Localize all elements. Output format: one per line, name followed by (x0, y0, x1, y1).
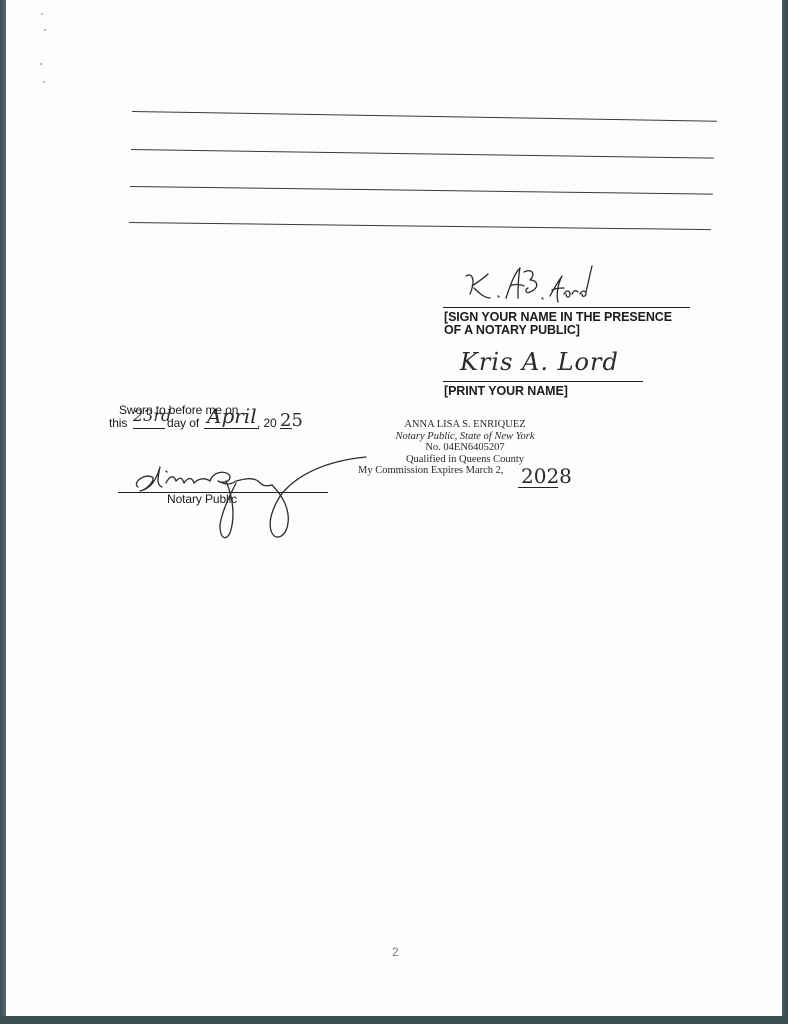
scan-edge-bottom (0, 1016, 788, 1024)
day-blank (133, 428, 165, 429)
notary-public-label: Notary Public (167, 492, 237, 506)
notary-name: ANNA LISA S. ENRIQUEZ (354, 419, 576, 431)
notary-signature (126, 455, 376, 545)
month-blank (204, 428, 259, 429)
page-number: 2 (392, 945, 399, 959)
jurat-year-prefix: , 20 (257, 416, 277, 430)
printed-name-handwritten: Kris A. Lord (460, 348, 619, 376)
scan-speck (43, 81, 45, 83)
scan-speck (40, 63, 42, 65)
scan-speck (41, 13, 43, 15)
blank-answer-line (132, 111, 717, 122)
notary-number: No. 04EN6405207 (354, 442, 576, 454)
blank-answer-line (130, 186, 713, 195)
sign-label-line2: OF A NOTARY PUBLIC] (444, 323, 580, 337)
printed-name-line (443, 381, 643, 382)
blank-answer-line (131, 149, 714, 159)
commission-year-handwritten: 2028 (521, 464, 572, 488)
scan-speck (44, 29, 46, 31)
document-page: [SIGN YOUR NAME IN THE PRESENCE OF A NOT… (6, 0, 782, 1016)
notary-title: Notary Public, State of New York (354, 431, 576, 443)
blank-answer-line (129, 222, 711, 230)
jurat-day-of: day of (167, 416, 199, 430)
signature-handwritten (458, 262, 598, 312)
print-name-label: [PRINT YOUR NAME] (444, 384, 568, 398)
year-handwritten: 25 (280, 410, 303, 431)
sign-label-line1: [SIGN YOUR NAME IN THE PRESENCE (444, 310, 672, 324)
signature-line (443, 307, 690, 308)
day-handwritten: 23rd (133, 406, 171, 425)
scan-edge-right (782, 0, 788, 1024)
jurat-this-prefix: this (109, 416, 127, 430)
month-handwritten: April (207, 404, 257, 428)
